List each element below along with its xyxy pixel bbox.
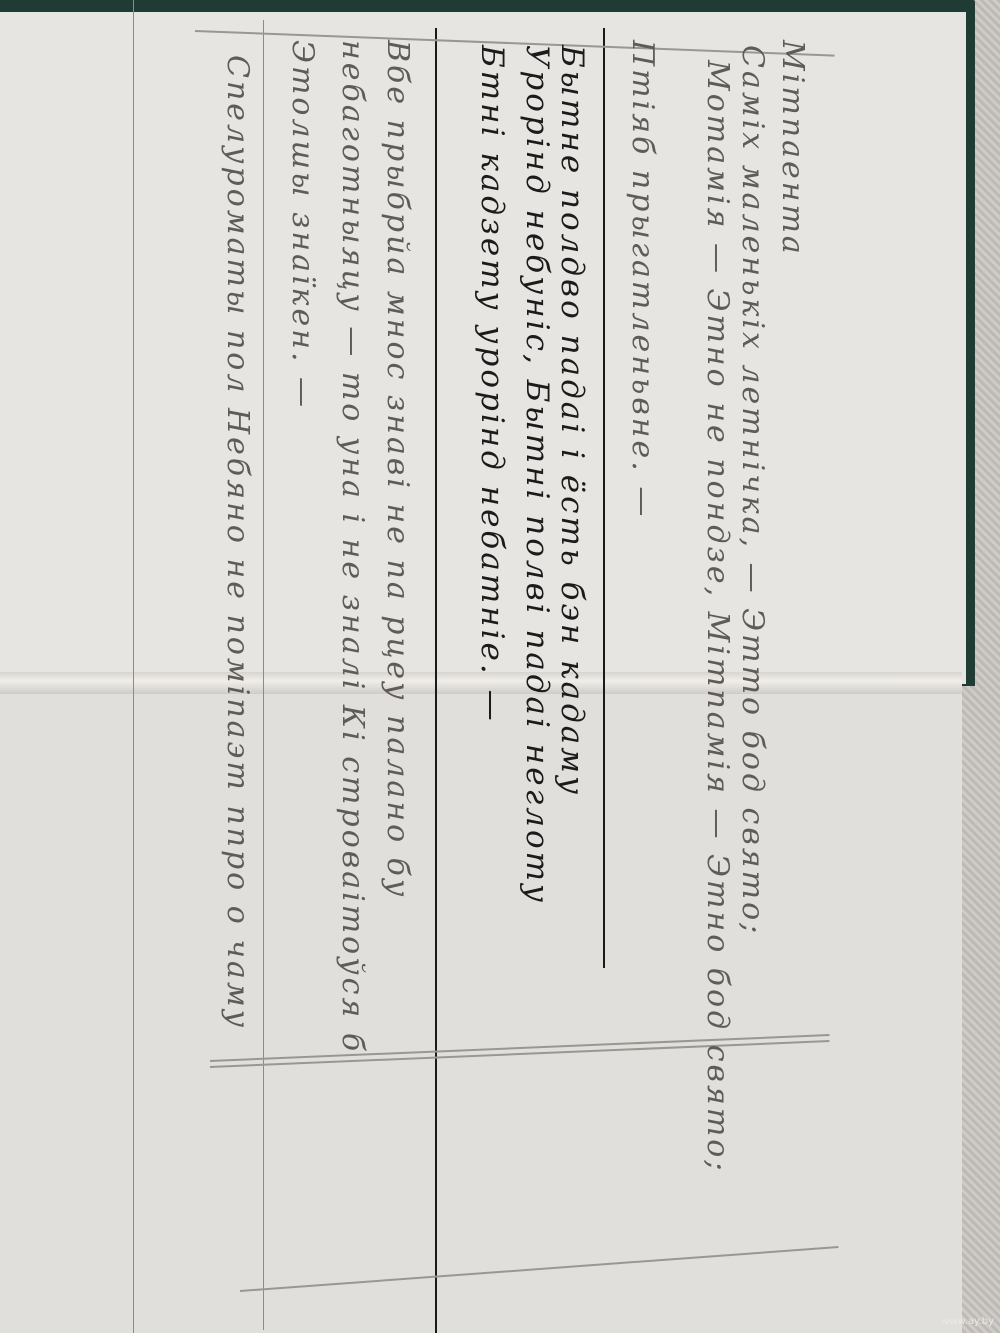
handwritten-line-10: Этолшы знаїкен. —	[285, 40, 320, 410]
handwritten-line-3: Мотамія — Этно не пондзе, Мітпамія — Этн…	[700, 60, 735, 1173]
handwritten-line-9: небаготныяцу — то уна і не зналі Кі стро…	[335, 40, 370, 1054]
notebook-page-lower	[0, 684, 962, 1333]
handwritten-line-2: Саміх маленькіх летнічка, — Этто бод свя…	[735, 45, 770, 936]
handwritten-line-4: Птіяб прыгатленьвне. —	[625, 40, 660, 519]
handwritten-line-7: Бтні кадзету урорінд небатніе. —	[474, 45, 510, 724]
handwritten-line-6: Урорінд небуніс, Бытні полві падаі негло…	[519, 45, 555, 905]
handwritten-line-8: Вбе прыбрйа мнос знаві не па рцеу палано…	[380, 40, 415, 899]
column-rule-pencil	[263, 20, 264, 1330]
handwritten-line-1: Мітпаента	[775, 40, 810, 257]
watermark: www.ay.by	[941, 1316, 994, 1327]
column-rule-ink-2	[603, 28, 605, 968]
handwritten-line-5: Бытне полдво падаі і ёсть бэн кадаму	[554, 45, 590, 797]
margin-line-left	[133, 0, 134, 1333]
column-rule-ink	[435, 28, 437, 1333]
handwritten-line-11: Спелуроматы пол Небяно не поміпаэт ппро …	[220, 55, 255, 1030]
